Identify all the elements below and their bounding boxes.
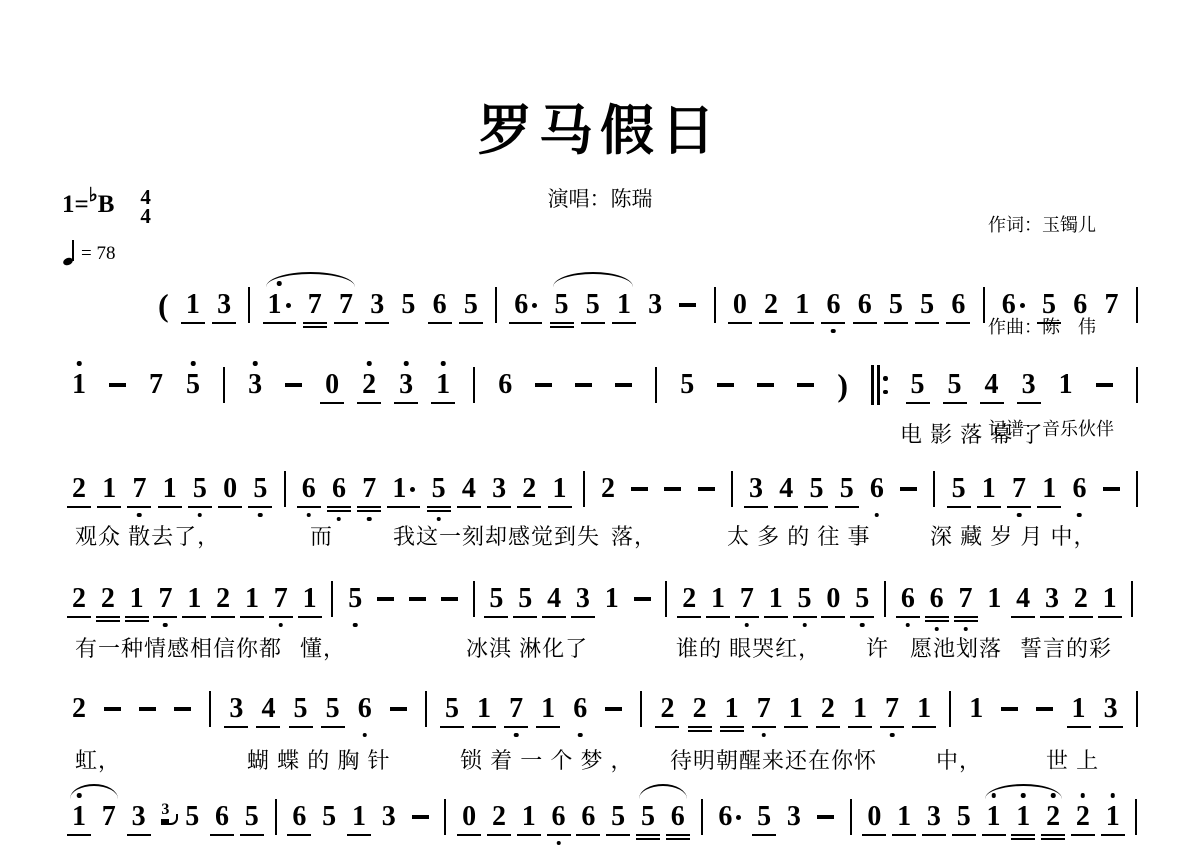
note: 7 — [1104, 290, 1118, 320]
duration-dash — [575, 383, 592, 387]
duration-dash — [664, 487, 681, 491]
note: 1 — [163, 474, 177, 504]
lyric-segment: 许 — [866, 632, 889, 663]
octave-dot-low — [337, 517, 342, 522]
note: 2 — [72, 694, 86, 724]
barline — [209, 691, 211, 727]
barline — [331, 581, 333, 617]
note: 3 — [1045, 584, 1059, 614]
note: 7 — [339, 290, 353, 320]
note: 5 — [518, 584, 532, 614]
barline — [1135, 799, 1137, 835]
barline — [1136, 287, 1138, 323]
note: 6 — [718, 802, 741, 832]
note: 5 — [464, 290, 478, 320]
key-prefix: 1= — [62, 190, 89, 220]
lyric-segment: 有一种情感相信你都 — [75, 632, 282, 663]
note: 5 — [911, 370, 925, 400]
note: 0 — [826, 584, 840, 614]
slur-arc — [985, 784, 1062, 799]
note: 1 — [725, 694, 739, 724]
note: 7 — [274, 584, 288, 614]
duration-dash — [605, 707, 622, 711]
note: 5 — [680, 370, 694, 400]
note: 1 — [711, 584, 725, 614]
note: 3 — [161, 802, 169, 832]
barline — [731, 471, 733, 507]
barline — [640, 691, 642, 727]
note: 0 — [733, 290, 747, 320]
note: 0 — [462, 802, 476, 832]
duration-dash — [441, 597, 458, 601]
duration-dash — [1096, 383, 1113, 387]
duration-dash — [679, 303, 696, 307]
octave-dot-low — [761, 733, 766, 738]
note: 5 — [798, 584, 812, 614]
barline — [665, 581, 667, 617]
note: 2 — [693, 694, 707, 724]
note: 3 — [248, 370, 262, 400]
octave-dot-low — [875, 513, 880, 518]
tempo-marking: = 78 — [63, 240, 115, 266]
note: 6 — [870, 474, 884, 504]
note: 6 — [826, 290, 840, 320]
barline — [1136, 471, 1138, 507]
note: 5 — [611, 802, 625, 832]
note: 6 — [573, 694, 587, 724]
note: 7 — [102, 802, 116, 832]
note: 1 — [130, 584, 144, 614]
note: 5 — [185, 802, 199, 832]
note: 5 — [840, 474, 854, 504]
octave-dot-low — [163, 623, 168, 628]
lyric-segment: 世 上 — [1046, 744, 1099, 775]
octave-dot-low — [934, 627, 939, 632]
note: 5 — [193, 474, 207, 504]
close-paren: ) — [837, 370, 848, 400]
note: 6 — [215, 802, 229, 832]
octave-dot-low — [198, 513, 203, 518]
barline — [701, 799, 703, 835]
note: 1 — [853, 694, 867, 724]
note: 1 — [245, 584, 259, 614]
note: 7 — [740, 584, 754, 614]
note: 1 — [477, 694, 491, 724]
note: 1 — [102, 474, 116, 504]
music-line: 1733565651302166556653013511221 — [72, 799, 1138, 835]
note: 2 — [682, 584, 696, 614]
octave-dot-low — [1017, 513, 1022, 518]
note: 2 — [660, 694, 674, 724]
note: 7 — [959, 584, 973, 614]
note: 7 — [362, 474, 376, 504]
note: 2 — [72, 584, 86, 614]
octave-dot-low — [860, 623, 865, 628]
duration-dash — [174, 707, 191, 711]
note: 5 — [952, 474, 966, 504]
music-line: (13177356565513021665566567 — [158, 287, 1138, 323]
note: 5 — [186, 370, 200, 400]
barline — [1136, 367, 1138, 403]
note: 1 — [987, 584, 1001, 614]
octave-dot-low — [556, 841, 561, 846]
augmentation-dot — [532, 303, 537, 308]
note: 1 — [392, 474, 415, 504]
duration-dash — [285, 383, 302, 387]
note: 7 — [158, 584, 172, 614]
music-line: 23455651716221712171113 — [72, 691, 1138, 727]
note: 7 — [1012, 474, 1026, 504]
quarter-note-icon — [63, 240, 75, 266]
octave-dot-low — [362, 733, 367, 738]
note: 5 — [555, 290, 569, 320]
note: 1 — [1016, 802, 1030, 832]
lyric-segment: 我这一刻却感觉到失 — [393, 520, 600, 551]
lyric-segment: 愿池划落 — [910, 632, 1002, 663]
octave-dot-high — [441, 361, 446, 366]
note: 5 — [920, 290, 934, 320]
octave-dot-high — [191, 361, 196, 366]
note: 7 — [509, 694, 523, 724]
tempo-value: = 78 — [81, 243, 115, 265]
note: 2 — [522, 474, 536, 504]
barline — [714, 287, 716, 323]
barline — [495, 287, 497, 323]
note: 7 — [885, 694, 899, 724]
note: 2 — [362, 370, 376, 400]
octave-dot-high — [1110, 793, 1115, 798]
duration-dash — [535, 383, 552, 387]
note: 6 — [581, 802, 595, 832]
note: 1 — [186, 290, 200, 320]
time-bottom: 4 — [140, 207, 151, 226]
octave-dot-low — [745, 623, 750, 628]
note: 3 — [927, 802, 941, 832]
barline — [473, 367, 475, 403]
barline — [933, 471, 935, 507]
octave-dot-low — [137, 513, 142, 518]
barline — [444, 799, 446, 835]
note: 1 — [72, 802, 86, 832]
note: 5 — [586, 290, 600, 320]
note: 6 — [552, 802, 566, 832]
key-signature: 1=♭B 4 4 — [62, 190, 151, 226]
duration-dash — [409, 597, 426, 601]
note: 2 — [1076, 802, 1090, 832]
note: 2 — [601, 474, 615, 504]
note: 6 — [292, 802, 306, 832]
note: 3 — [492, 474, 506, 504]
note: 1 — [541, 694, 555, 724]
note: 2 — [492, 802, 506, 832]
note: 1 — [795, 290, 809, 320]
note: 2 — [1046, 802, 1060, 832]
note: 2 — [821, 694, 835, 724]
lyric-segment: 太 多 的 往 事 — [727, 520, 870, 551]
barline — [248, 287, 250, 323]
duration-dash — [109, 383, 126, 387]
note: 1 — [982, 474, 996, 504]
barline — [473, 581, 475, 617]
note: 3 — [399, 370, 413, 400]
note: 5 — [809, 474, 823, 504]
lyric-segment: 冰淇 淋化了 — [466, 632, 588, 663]
note: 1 — [72, 370, 86, 400]
lyric-segment: 中， — [936, 744, 982, 775]
duration-dash — [1036, 707, 1053, 711]
music-line: 217150566715432123455651716 — [72, 471, 1138, 507]
duration-dash — [1001, 707, 1018, 711]
note: 5 — [855, 584, 869, 614]
lyric-segment: 而 — [310, 520, 333, 551]
octave-dot-low — [514, 733, 519, 738]
music-line: 1753023165)55431 — [72, 367, 1138, 403]
key-letter: B — [98, 190, 115, 220]
credit-lyricist: 作词：玉镯儿 — [988, 208, 1114, 242]
note: 1 — [1103, 584, 1117, 614]
barline — [1136, 691, 1138, 727]
lyric-segment: 誓言的彩 — [1020, 632, 1112, 663]
duration-dash — [817, 815, 834, 819]
note: 3 — [370, 290, 384, 320]
note: 1 — [187, 584, 201, 614]
duration-dash — [139, 707, 156, 711]
sheet-music-page: 罗马假日 演唱：陈瑞 作词：玉镯儿 作曲：陈 伟 记谱：音乐伙伴 1=♭B 4 … — [0, 0, 1200, 850]
note: 5 — [641, 802, 655, 832]
note: 6 — [332, 474, 346, 504]
note: 1 — [553, 474, 567, 504]
note: 3 — [217, 290, 231, 320]
note: 6 — [1072, 474, 1086, 504]
note: 6 — [951, 290, 965, 320]
note: 5 — [445, 694, 459, 724]
note: 1 — [352, 802, 366, 832]
note: 7 — [308, 290, 322, 320]
note: 5 — [348, 584, 362, 614]
augmentation-dot — [410, 487, 415, 492]
barline — [425, 691, 427, 727]
duration-dash — [615, 383, 632, 387]
credits-block: 作词：玉镯儿 作曲：陈 伟 记谱：音乐伙伴 — [988, 140, 1114, 514]
barline — [223, 367, 225, 403]
octave-dot-low — [578, 733, 583, 738]
note: 3 — [1104, 694, 1118, 724]
note: 3 — [1022, 370, 1036, 400]
note: 3 — [648, 290, 662, 320]
note: 1 — [1059, 370, 1073, 400]
lyric-segment: 锁 着 一 个 梦 ， — [460, 744, 634, 775]
note: 4 — [547, 584, 561, 614]
note: 5 — [757, 802, 771, 832]
note: 0 — [223, 474, 237, 504]
barline — [949, 691, 951, 727]
slur-arc — [266, 272, 355, 287]
octave-dot-low — [831, 329, 836, 334]
note: 1 — [303, 584, 317, 614]
note: 1 — [789, 694, 803, 724]
barline — [655, 367, 657, 403]
note: 1 — [969, 694, 983, 724]
duration-dash — [390, 707, 407, 711]
note: 5 — [322, 802, 336, 832]
lyric-segment: 谁的 眼哭红， — [676, 632, 821, 663]
note: 5 — [432, 474, 446, 504]
note: 6 — [1002, 290, 1025, 320]
note: 5 — [245, 802, 259, 832]
duration-dash — [900, 487, 917, 491]
note: 4 — [462, 474, 476, 504]
note: 1 — [1072, 694, 1086, 724]
note: 2 — [101, 584, 115, 614]
note: 5 — [889, 290, 903, 320]
note: 6 — [930, 584, 944, 614]
lyric-segment: 待明朝醒来还在你怀 — [670, 744, 877, 775]
barline — [850, 799, 852, 835]
octave-dot-low — [279, 623, 284, 628]
duration-dash — [757, 383, 774, 387]
lyric-segment: 虹， — [75, 744, 121, 775]
lyric-segment: 电 影 落 幕 了 — [900, 418, 1043, 449]
duration-dash — [377, 597, 394, 601]
duration-dash — [797, 383, 814, 387]
note: 6 — [433, 290, 447, 320]
note: 5 — [326, 694, 340, 724]
octave-dot-high — [77, 361, 82, 366]
note: 7 — [132, 474, 146, 504]
note: 5 — [948, 370, 962, 400]
note: 4 — [779, 474, 793, 504]
note: 5 — [957, 802, 971, 832]
duration-dash — [104, 707, 121, 711]
barline — [884, 581, 886, 617]
octave-dot-low — [367, 517, 372, 522]
octave-dot-low — [890, 733, 895, 738]
duration-dash — [412, 815, 429, 819]
open-paren: ( — [158, 290, 169, 320]
octave-dot-low — [906, 623, 911, 628]
duration-dash — [631, 487, 648, 491]
octave-dot-low — [307, 513, 312, 518]
octave-dot-high — [1081, 793, 1086, 798]
octave-dot-high — [404, 361, 409, 366]
note: 6 — [514, 290, 537, 320]
note: 4 — [985, 370, 999, 400]
note: 3 — [576, 584, 590, 614]
octave-dot-high — [367, 361, 372, 366]
octave-dot-low — [258, 513, 263, 518]
note: 1 — [769, 584, 783, 614]
note: 5 — [1042, 290, 1056, 320]
note: 5 — [401, 290, 415, 320]
note: 5 — [294, 694, 308, 724]
note: 0 — [325, 370, 339, 400]
octave-dot-low — [963, 627, 968, 632]
slur-arc — [639, 784, 687, 799]
octave-dot-low — [353, 623, 358, 628]
octave-dot-low — [1077, 513, 1082, 518]
note: 1 — [522, 802, 536, 832]
lyric-segment: 观众 散去了， — [75, 520, 220, 551]
note: 6 — [858, 290, 872, 320]
note: 1 — [1042, 474, 1056, 504]
note: 1 — [617, 290, 631, 320]
note: 2 — [764, 290, 778, 320]
note: 2 — [1074, 584, 1088, 614]
note: 1 — [1106, 802, 1120, 832]
augmentation-dot — [736, 815, 741, 820]
note: 6 — [1073, 290, 1087, 320]
note: 6 — [901, 584, 915, 614]
repeat-begin-sign — [871, 367, 888, 403]
note: 4 — [1016, 584, 1030, 614]
note: 6 — [671, 802, 685, 832]
note: 6 — [302, 474, 316, 504]
barline — [284, 471, 286, 507]
octave-dot-high — [253, 361, 258, 366]
note: 3 — [132, 802, 146, 832]
note: 1 — [917, 694, 931, 724]
note: 1 — [897, 802, 911, 832]
note: 0 — [867, 802, 881, 832]
note: 1 — [987, 802, 1001, 832]
note: 3 — [382, 802, 396, 832]
note: 3 — [787, 802, 801, 832]
slur-arc — [553, 272, 633, 287]
note: 5 — [489, 584, 503, 614]
lyric-segment: 懂， — [300, 632, 346, 663]
barline — [583, 471, 585, 507]
note: 3 — [749, 474, 763, 504]
duration-dash — [634, 597, 651, 601]
barline — [983, 287, 985, 323]
note: 5 — [253, 474, 267, 504]
lyric-segment: 蝴 蝶 的 胸 针 — [247, 744, 390, 775]
note: 3 — [229, 694, 243, 724]
note: 1 — [268, 290, 291, 320]
note: 2 — [72, 474, 86, 504]
note: 1 — [436, 370, 450, 400]
augmentation-dot — [1020, 303, 1025, 308]
duration-dash — [717, 383, 734, 387]
duration-dash — [1103, 487, 1120, 491]
note: 4 — [261, 694, 275, 724]
note: 2 — [216, 584, 230, 614]
note: 6 — [358, 694, 372, 724]
augmentation-dot — [286, 303, 291, 308]
lyric-segment: 落， — [611, 520, 657, 551]
time-signature: 4 4 — [140, 188, 151, 226]
note: 7 — [757, 694, 771, 724]
note: 6 — [498, 370, 512, 400]
barline — [275, 799, 277, 835]
music-line: 221712171555431217150566714321 — [72, 581, 1134, 617]
flat-icon: ♭ — [89, 184, 98, 207]
note: 1 — [605, 584, 619, 614]
note: 7 — [149, 370, 163, 400]
barline — [1131, 581, 1133, 617]
lyric-segment: 深 藏 岁 月 中， — [930, 520, 1096, 551]
octave-dot-low — [802, 623, 807, 628]
slur-arc — [70, 784, 118, 799]
duration-dash — [698, 487, 715, 491]
